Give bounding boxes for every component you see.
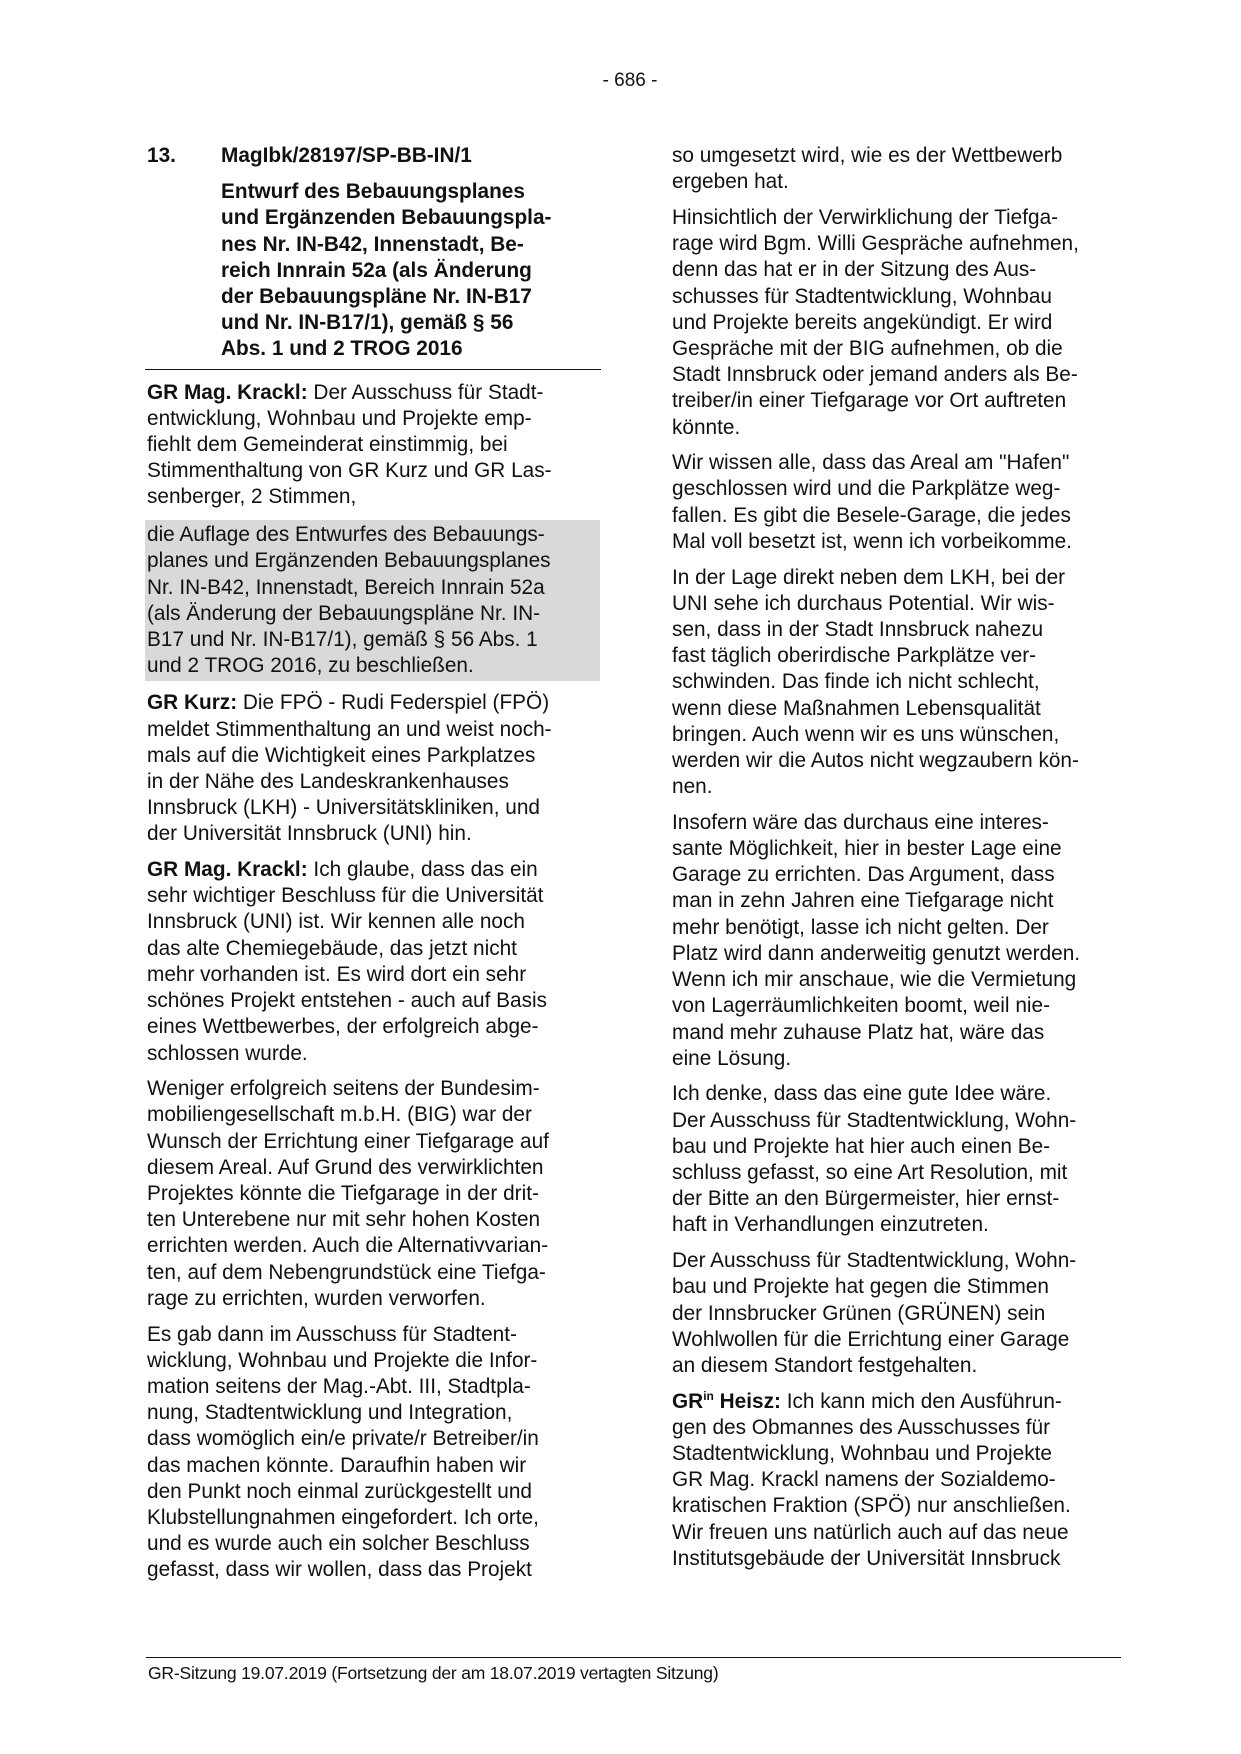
title-line: und Nr. IN-B17/1), gemäß § 56 bbox=[221, 310, 602, 336]
header-divider bbox=[145, 369, 601, 370]
speaker-label: GR Mag. Krackl: bbox=[147, 381, 308, 404]
speaker-label: GR Kurz: bbox=[147, 691, 237, 714]
paragraph-big: Weniger erfolgreich seitens der Bundesim… bbox=[147, 1076, 602, 1312]
title-line: nes Nr. IN-B42, Innenstadt, Be- bbox=[221, 232, 602, 258]
footer-session-info: GR-Sitzung 19.07.2019 (Fortsetzung der a… bbox=[148, 1663, 718, 1684]
paragraph-krackl-2: GR Mag. Krackl: Ich glaube, dass das ein… bbox=[147, 857, 602, 1067]
title-line: und Ergänzenden Bebauungspla- bbox=[221, 205, 602, 231]
paragraph-kurz: GR Kurz: Die FPÖ - Rudi Federspiel (FPÖ)… bbox=[147, 690, 602, 847]
page-number: - 686 - bbox=[0, 70, 1241, 92]
left-column: 13. MagIbk/28197/SP-BB-IN/1 Entwurf des … bbox=[147, 143, 602, 1593]
paragraph-idee: Ich denke, dass das eine gute Idee wäre.… bbox=[672, 1081, 1132, 1238]
agenda-item-number: 13. bbox=[147, 143, 176, 169]
paragraph-wohlwollen: Der Ausschuss für Stadtentwicklung, Wohn… bbox=[672, 1248, 1132, 1379]
title-line: Entwurf des Bebauungsplanes bbox=[221, 179, 602, 205]
title-line: reich Innrain 52a (als Änderung bbox=[221, 258, 602, 284]
paragraph-tiefgarage: Hinsichtlich der Verwirklichung der Tief… bbox=[672, 205, 1132, 441]
paragraph-lkh: In der Lage direkt neben dem LKH, bei de… bbox=[672, 565, 1132, 801]
speaker-label: GRin Heisz: bbox=[672, 1390, 781, 1413]
speaker-label: GR Mag. Krackl: bbox=[147, 858, 308, 881]
paragraph-hafen: Wir wissen alle, dass das Areal am "Hafe… bbox=[672, 450, 1132, 555]
paragraph-committee: Es gab dann im Ausschuss für Stadtent- w… bbox=[147, 1322, 602, 1584]
paragraph-heisz: GRin Heisz: Ich kann mich den Ausführun-… bbox=[672, 1389, 1132, 1572]
right-column: so umgesetzt wird, wie es der Wettbewerb… bbox=[672, 143, 1132, 1582]
paragraph-continuation: so umgesetzt wird, wie es der Wettbewerb… bbox=[672, 143, 1132, 195]
paragraph-krackl-1: GR Mag. Krackl: Der Ausschuss für Stadt-… bbox=[147, 380, 602, 511]
agenda-item-title: Entwurf des Bebauungsplanes und Ergänzen… bbox=[221, 179, 602, 362]
motion-text-highlighted: die Auflage des Entwurfes des Bebauungs-… bbox=[145, 520, 600, 681]
agenda-item-reference: MagIbk/28197/SP-BB-IN/1 bbox=[221, 143, 602, 169]
agenda-item-header: 13. MagIbk/28197/SP-BB-IN/1 Entwurf des … bbox=[147, 143, 602, 363]
paragraph-insofern: Insofern wäre das durchaus eine interes-… bbox=[672, 810, 1132, 1072]
title-line: Abs. 1 und 2 TROG 2016 bbox=[221, 336, 602, 362]
footer-divider bbox=[146, 1657, 1121, 1658]
title-line: der Bebauungspläne Nr. IN-B17 bbox=[221, 284, 602, 310]
